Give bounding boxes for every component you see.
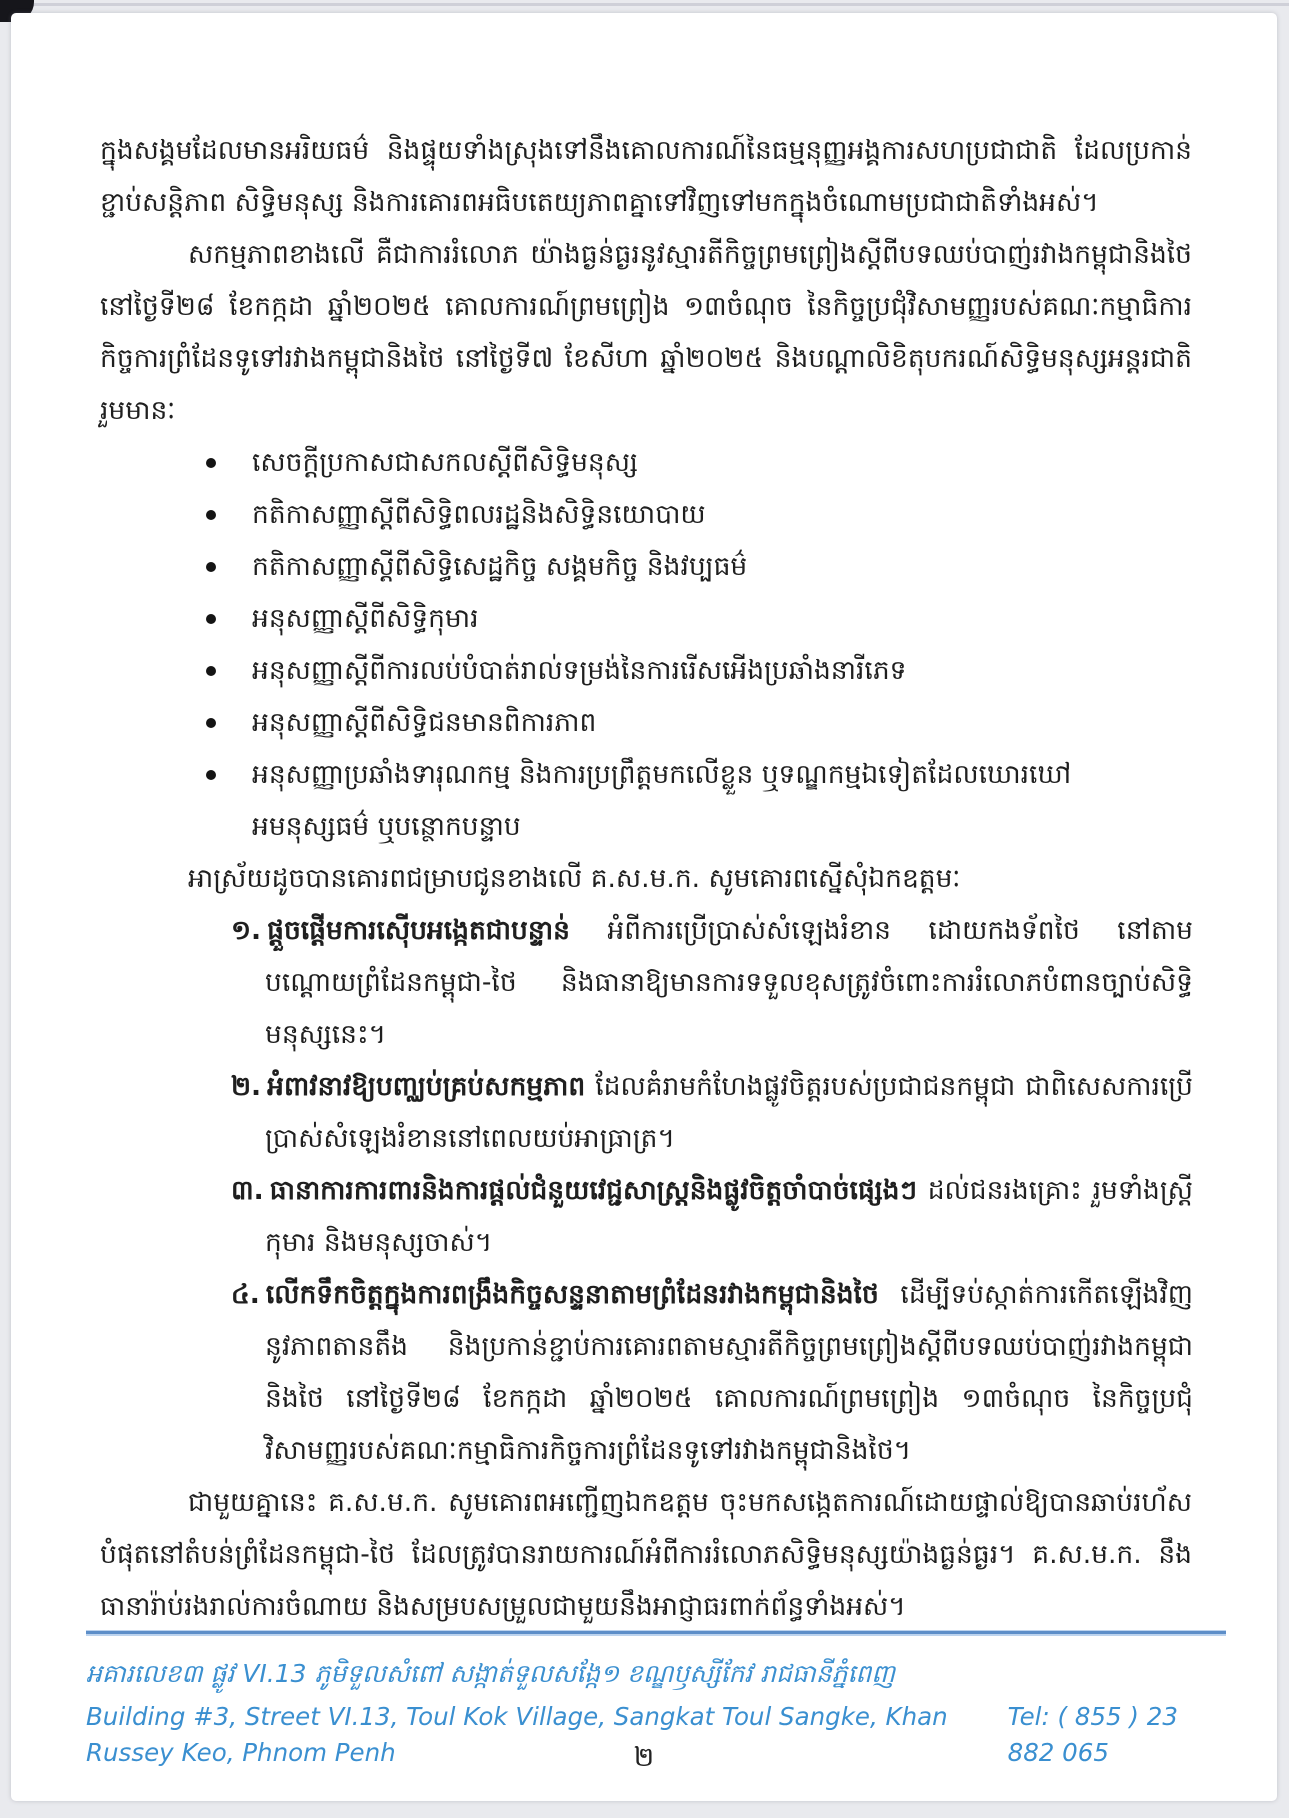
request-intro: អាស្រ័យដូចបានគោរពជម្រាបជូនខាងលើ គ.ស.ម.ក.… xyxy=(100,853,1192,905)
paragraph-intro: ក្នុងសង្គមដែលមានអរិយធម៌ និងផ្ទុយទាំងស្រុ… xyxy=(100,125,1192,229)
page-number: ២ xyxy=(11,1741,1277,1780)
list-item: អនុសញ្ញាប្រឆាំងទារុណកម្ម និងការប្រព្រឹត្… xyxy=(252,749,1118,853)
item-bold-lead: អំពាវនាវឱ្យបញ្ឈប់គ្រប់សកម្មភាព xyxy=(267,1071,585,1102)
item-bold-lead: លើកទឹកចិត្តក្នុងការពង្រឹងកិច្ចសន្ទនាតាមព… xyxy=(266,1279,879,1310)
document-body: ក្នុងសង្គមដែលមានអរិយធម៌ និងផ្ទុយទាំងស្រុ… xyxy=(100,125,1192,1633)
item-number: ៤. xyxy=(231,1279,260,1310)
list-item: កតិកាសញ្ញាស្តីពីសិទ្ធិសេដ្ឋកិច្ច សង្គមកិ… xyxy=(252,541,1118,593)
request-item-3: ៣.ធានាការការពារនិងការផ្តល់ជំនួយវេជ្ជសាស្… xyxy=(265,1165,1193,1269)
list-item: សេចក្តីប្រកាសជាសកលស្តីពីសិទ្ធិមនុស្ស xyxy=(252,437,1118,489)
list-item: អនុសញ្ញាស្តីពីសិទ្ធិជនមានពិការភាព xyxy=(252,697,1118,749)
item-bold-lead: ផ្តួចផ្តើមការស៊ើបអង្កេតជាបន្ទាន់ xyxy=(267,915,570,946)
request-item-2: ២.អំពាវនាវឱ្យបញ្ឈប់គ្រប់សកម្មភាព ដែលគំរា… xyxy=(265,1061,1193,1165)
request-item-4: ៤.លើកទឹកចិត្តក្នុងការពង្រឹងកិច្ចសន្ទនាតា… xyxy=(265,1269,1193,1477)
footer-address-khmer: អគារលេខ៣ ផ្លូវ VI.13 ភូមិទួលសំពៅ សង្កាត់… xyxy=(86,1653,1226,1695)
request-item-1: ១.ផ្តួចផ្តើមការស៊ើបអង្កេតជាបន្ទាន់ អំពីក… xyxy=(265,905,1193,1061)
item-number: ១. xyxy=(231,915,261,946)
photo-edge-artifact xyxy=(0,3,1289,6)
item-number: ២. xyxy=(231,1071,261,1102)
footer-divider xyxy=(86,1630,1226,1636)
instrument-list: សេចក្តីប្រកាសជាសកលស្តីពីសិទ្ធិមនុស្ស កតិ… xyxy=(100,437,1192,853)
item-number: ៣. xyxy=(231,1175,264,1206)
paragraph-closing: ជាមួយគ្នានេះ គ.ស.ម.ក. សូមគោរពអញ្ជើញឯកឧត្… xyxy=(100,1477,1192,1633)
request-list: ១.ផ្តួចផ្តើមការស៊ើបអង្កេតជាបន្ទាន់ អំពីក… xyxy=(100,905,1192,1477)
item-bold-lead: ធានាការការពារនិងការផ្តល់ជំនួយវេជ្ជសាស្ត្… xyxy=(270,1175,917,1206)
list-item: កតិកាសញ្ញាស្តីពីសិទ្ធិពលរដ្ឋនិងសិទ្ធិនយោ… xyxy=(252,489,1118,541)
paragraph-violation: សកម្មភាពខាងលើ គឺជាការរំលោភ យ៉ាងធ្ងន់ធ្ងរ… xyxy=(100,229,1192,437)
document-page: ក្នុងសង្គមដែលមានអរិយធម៌ និងផ្ទុយទាំងស្រុ… xyxy=(11,13,1277,1801)
list-item: អនុសញ្ញាស្តីពីការលប់បំបាត់រាល់ទម្រង់នៃកា… xyxy=(252,645,1118,697)
list-item: អនុសញ្ញាស្តីពីសិទ្ធិកុមារ xyxy=(252,593,1118,645)
